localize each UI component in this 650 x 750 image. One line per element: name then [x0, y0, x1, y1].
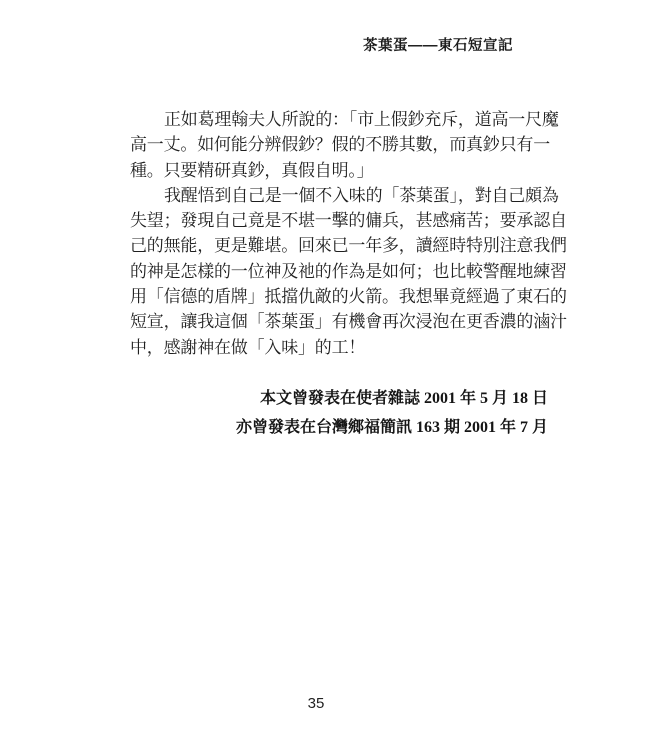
body-line: 己的無能，更是難堪。回來已一年多，讀經時特別注意我們 [130, 233, 554, 258]
body-line: 中，感謝神在做「入味」的工！ [130, 335, 554, 360]
publication-line: 本文曾發表在使者雜誌 2001 年 5 月 18 日 [0, 385, 548, 414]
body-text: 正如葛理翰夫人所說的：「市上假鈔充斥，道高一尺魔高一丈。如何能分辨假鈔？假的不勝… [130, 107, 554, 360]
publication-note: 本文曾發表在使者雜誌 2001 年 5 月 18 日 亦曾發表在台灣鄉福簡訊 1… [0, 385, 548, 442]
running-head-title: 茶葉蛋——東石短宣記 [363, 38, 513, 54]
body-line: 失望；發現自己竟是不堪一擊的傭兵，甚感痛苦；要承認自 [130, 208, 554, 233]
body-line: 正如葛理翰夫人所說的：「市上假鈔充斥，道高一尺魔 [130, 107, 554, 132]
publication-line: 亦曾發表在台灣鄉福簡訊 163 期 2001 年 7 月 [0, 414, 548, 443]
page-number: 35 [0, 695, 632, 712]
page-header: 茶葉蛋——東石短宣記 [0, 34, 513, 55]
body-line: 我醒悟到自己是一個不入味的「茶葉蛋」，對自己頗為 [130, 183, 554, 208]
body-line: 用「信德的盾牌」抵擋仇敵的火箭。我想畢竟經過了東石的 [130, 284, 554, 309]
body-line: 種。只要精研真鈔，真假自明。」 [130, 158, 554, 183]
body-line: 高一丈。如何能分辨假鈔？假的不勝其數，而真鈔只有一 [130, 132, 554, 157]
body-line: 的神是怎樣的一位神及祂的作為是如何；也比較警醒地練習 [130, 259, 554, 284]
body-line: 短宣，讓我這個「茶葉蛋」有機會再次浸泡在更香濃的滷汁 [130, 309, 554, 334]
document-page: 茶葉蛋——東石短宣記 正如葛理翰夫人所說的：「市上假鈔充斥，道高一尺魔高一丈。如… [0, 0, 650, 750]
